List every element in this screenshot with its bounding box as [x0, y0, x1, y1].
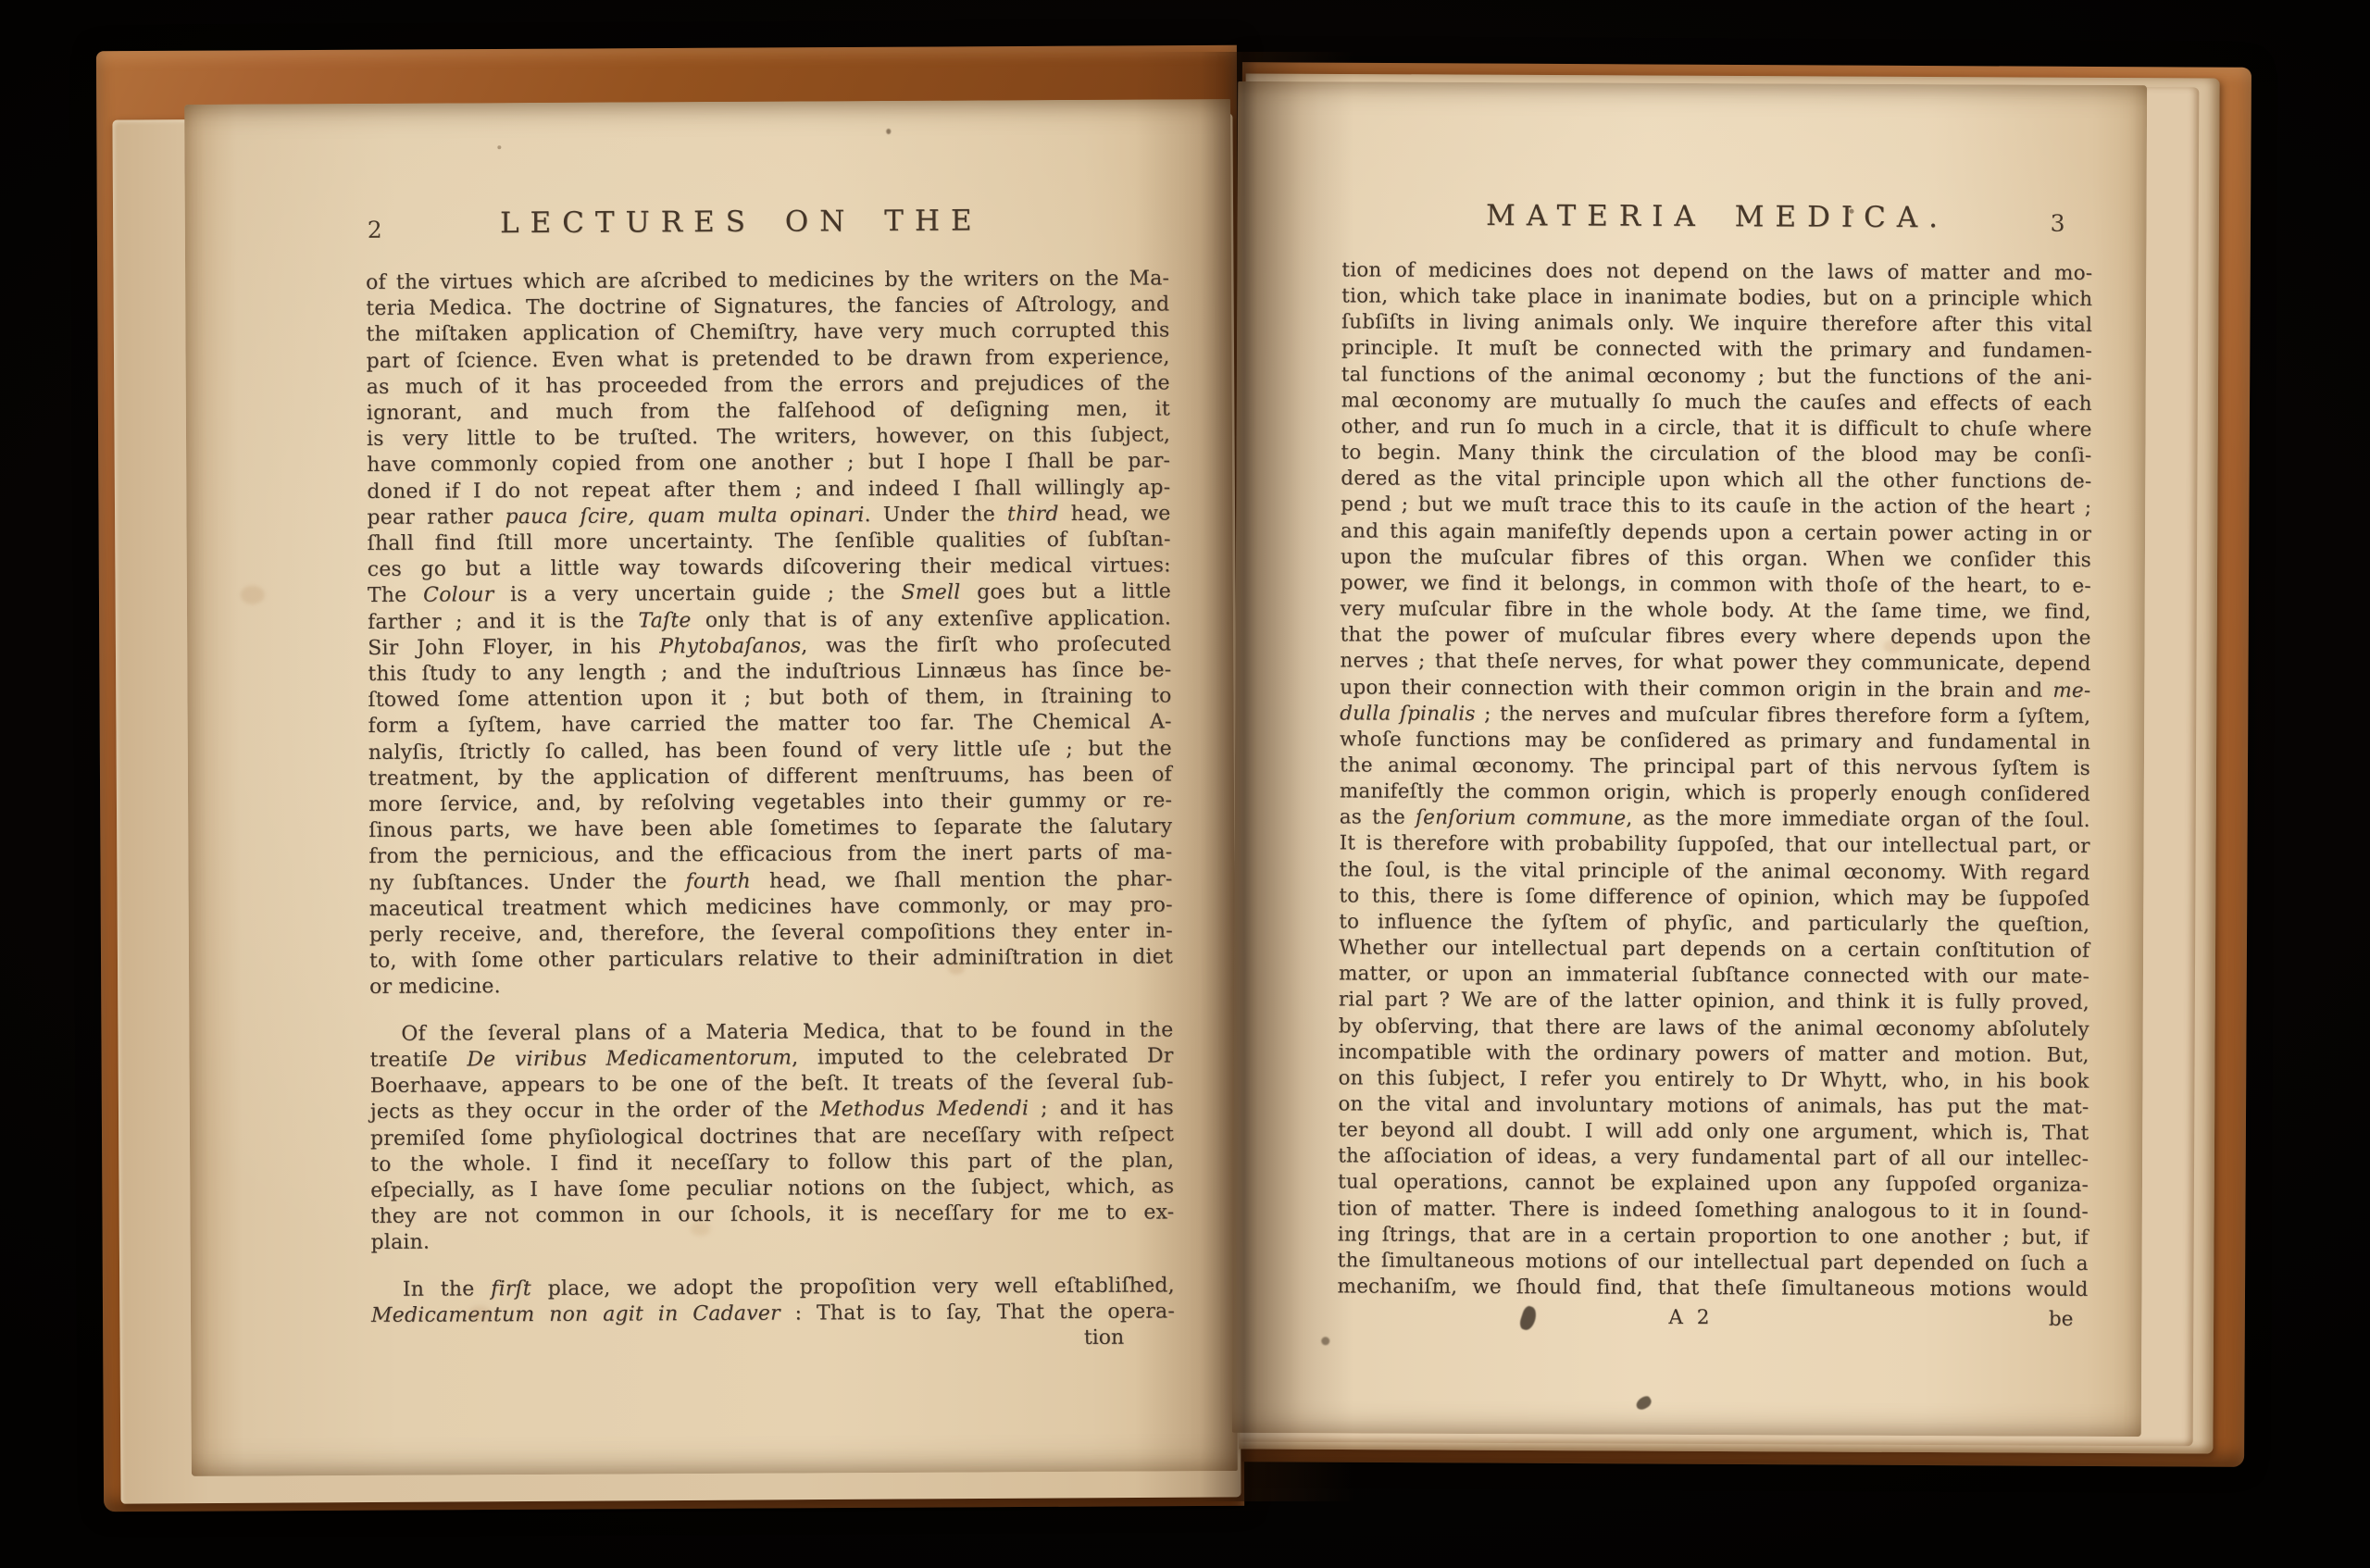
text-line: matter, or upon an immaterial ſubſtance … [1339, 962, 2089, 991]
text-line: whoſe functions may be conſidered as pri… [1340, 727, 2090, 756]
text-line: other, and run ſo much in a circle, that… [1341, 414, 2091, 443]
text-line: is very little to be truſted. The writer… [367, 423, 1170, 454]
text-line: the aſſociation of ideas, a very fundame… [1338, 1144, 2089, 1174]
text-line: by obſerving, that there are laws of the… [1339, 1014, 2089, 1043]
text-line: ſinous parts, we have been able ſometime… [368, 815, 1172, 845]
text-line: as the ſenſorium commune, as the more im… [1340, 805, 2090, 835]
text-line: tion of medicines does not depend on the… [1341, 257, 2092, 287]
text-line: have commonly copied from one another ; … [367, 449, 1170, 479]
paragraph: In the firſt place, we adopt the propoſi… [371, 1273, 1175, 1329]
text-line: tion, which take place in inanimate bodi… [1341, 284, 2092, 314]
text-line: of the virtues which are aſcribed to med… [366, 266, 1169, 296]
text-line: to begin. Many think the circulation of … [1341, 440, 2091, 469]
page-number-right: 3 [2051, 210, 2065, 237]
running-title-right: MATERIA MEDICA. [1341, 198, 2092, 235]
text-line: tal functions of the animal œconomy ; bu… [1341, 362, 2092, 392]
text-line: pend ; but we muſt trace this to its cau… [1341, 492, 2091, 522]
text-line: farther ; and it is the Taſte only that … [368, 605, 1171, 636]
text-line: incompatible with the ordinary powers of… [1339, 1039, 2089, 1069]
text-line: maceutical treatment which medicines hav… [369, 892, 1173, 923]
text-line: form a ſyſtem, have carried the matter t… [368, 710, 1172, 740]
text-line: tual operations, cannot be explained upo… [1338, 1170, 2089, 1200]
text-line: Whether our intellectual part depends on… [1339, 935, 2089, 964]
text-line: the animal œconomy. The principal part o… [1340, 753, 2090, 782]
right-page-surface: MATERIA MEDICA. 3 tion of medicines does… [1232, 81, 2147, 1437]
text-line: this ſtudy to any length ; and the induſ… [368, 657, 1171, 688]
text-line: teria Medica. The doctrine of Signatures… [366, 292, 1169, 323]
right-page-paragraphs: tion of medicines does not depend on the… [1337, 257, 2092, 1303]
text-line: from the pernicious, and the efficacious… [368, 840, 1172, 871]
text-line: the ſimultaneous motions of our intellec… [1338, 1248, 2089, 1277]
text-line: and this again manifeſtly depends upon a… [1341, 518, 2091, 548]
text-line: upon the muſcular fibres of this organ. … [1341, 544, 2091, 574]
text-line: part of ſcience. Even what is pretended … [367, 344, 1170, 375]
right-page-footer: A 2 be [1337, 1304, 2088, 1336]
right-page-text: tion of medicines does not depend on the… [1337, 257, 2092, 1335]
text-line: on this ſubject, I refer you entirely to… [1338, 1065, 2089, 1095]
text-line: eſpecially, as I have ſome peculiar noti… [370, 1174, 1174, 1204]
ink-speck [497, 145, 501, 149]
text-line: upon their connection with their common … [1340, 675, 2090, 704]
text-line: ignorant, and much from the falſehood of… [367, 396, 1170, 427]
text-line: mal œconomy are mutually ſo much the cau… [1341, 388, 2092, 417]
catchword-right: be [2049, 1307, 2074, 1333]
right-page-header: MATERIA MEDICA. 3 [1341, 198, 2092, 254]
text-line: ſubſiſts in living animals only. We inqu… [1341, 310, 2092, 340]
text-line: more ſervice, and, by reſolving vegetabl… [368, 788, 1172, 818]
text-line: as much of it has proceeded from the err… [367, 370, 1170, 401]
text-line: ny ſubſtances. Under the fourth head, we… [368, 866, 1172, 897]
foxing-stain [241, 586, 265, 604]
text-line: dulla ſpinalis ; the nerves and muſcular… [1340, 701, 2090, 730]
catchword-left: tion [371, 1325, 1175, 1355]
paragraph: Of the ſeveral plans of a Materia Medica… [369, 1017, 1174, 1256]
text-line: Boerhaave, appears to be one of the beſt… [370, 1069, 1174, 1100]
text-line: ces go but a little way towards diſcover… [368, 554, 1171, 584]
text-line: Sir John Floyer, in his Phytobaſanos, wa… [368, 631, 1171, 662]
ink-blot [1321, 1337, 1329, 1345]
text-line: nalyſis, ſtrictly ſo called, has been fo… [368, 736, 1172, 766]
text-line: on the vital and involuntary motions of … [1338, 1091, 2089, 1121]
text-line: nerves ; that theſe nerves, for what pow… [1340, 649, 2090, 678]
right-page: MATERIA MEDICA. 3 tion of medicines does… [1232, 81, 2147, 1437]
text-line: to the whole. I find it neceſſary to fol… [370, 1148, 1174, 1178]
text-line: they are not common in our ſchools, it i… [370, 1200, 1174, 1230]
left-page-header: 2 LECTURES ON THE [366, 203, 1169, 259]
text-line: dered as the vital principle upon which … [1341, 467, 2091, 496]
text-line: ſhall find ſtill more uncertainty. The ſ… [368, 527, 1171, 557]
text-line: treatiſe De viribus Medicamentorum, impu… [369, 1043, 1173, 1074]
paragraph: tion of medicines does not depend on the… [1337, 257, 2092, 1303]
text-line: premiſed ſome phyſiological doctrines th… [370, 1122, 1174, 1152]
paragraph: of the virtues which are aſcribed to med… [366, 266, 1173, 1001]
left-page-text: of the virtues which are aſcribed to med… [366, 266, 1175, 1355]
text-line: ing ſtrings, that are in a certain propo… [1338, 1222, 2089, 1251]
text-line: treatment, by the application of differe… [368, 762, 1172, 792]
text-line: perly receive, and, therefore, the ſever… [369, 918, 1173, 949]
signature-mark: A 2 [1668, 1305, 1713, 1331]
text-line: the ſoul, is the vital principle of the … [1339, 857, 2089, 887]
text-line: tion of matter. There is indeed ſomethin… [1338, 1196, 2089, 1226]
ink-speck [886, 129, 891, 134]
text-line: ſtowed ſome attention upon it ; but both… [368, 684, 1171, 715]
text-line: to, with ſome other particulars relative… [369, 945, 1173, 976]
photo-of-open-book: { "book": { "colors": { "background": "#… [0, 0, 2370, 1568]
text-line: power, we find it belongs, in common wit… [1341, 570, 2091, 600]
text-line: to influence the ſyſtem of phyſic, and p… [1339, 909, 2089, 939]
text-line: that the power of muſcular fibres every … [1341, 623, 2091, 653]
text-line: to this, there is ſome difference of opi… [1339, 883, 2089, 913]
text-line: The Colour is a very uncertain guide ; t… [368, 579, 1171, 610]
ink-blot [1634, 1394, 1653, 1412]
text-line: or medicine. [369, 971, 1173, 1002]
text-line: rial part ? We are of the latter opinion… [1339, 988, 2089, 1017]
text-line: doned if I do not repeat after them ; an… [367, 475, 1170, 505]
text-line: the miſtaken application of Chemiſtry, h… [366, 318, 1169, 349]
running-title-left: LECTURES ON THE [340, 204, 1143, 242]
text-line: Medicamentum non agit in Cadaver : That … [371, 1299, 1175, 1329]
text-line: manifeſtly the common origin, which is p… [1340, 778, 2090, 808]
left-page: 2 LECTURES ON THE of the virtues which a… [184, 99, 1238, 1476]
left-page-surface: 2 LECTURES ON THE of the virtues which a… [184, 99, 1238, 1476]
text-line: jects as they occur in the order of the … [370, 1096, 1174, 1126]
text-line: ter beyond all doubt. I will add only on… [1338, 1118, 2089, 1148]
text-line: mechaniſm, we ſhould find, that theſe ſi… [1337, 1274, 2088, 1303]
text-line: plain. [370, 1226, 1174, 1257]
text-line: In the firſt place, we adopt the propoſi… [371, 1273, 1175, 1303]
text-line: Of the ſeveral plans of a Materia Medica… [369, 1017, 1173, 1048]
text-line: pear rather pauca ſcire, quam multa opin… [367, 501, 1170, 531]
text-line: very muſcular fibre in the whole body. A… [1341, 596, 2091, 626]
text-line: It is therefore with probability ſuppoſe… [1340, 831, 2090, 861]
text-line: principle. It muſt be connected with the… [1341, 336, 2092, 366]
left-page-paragraphs: of the virtues which are aſcribed to med… [366, 266, 1175, 1328]
